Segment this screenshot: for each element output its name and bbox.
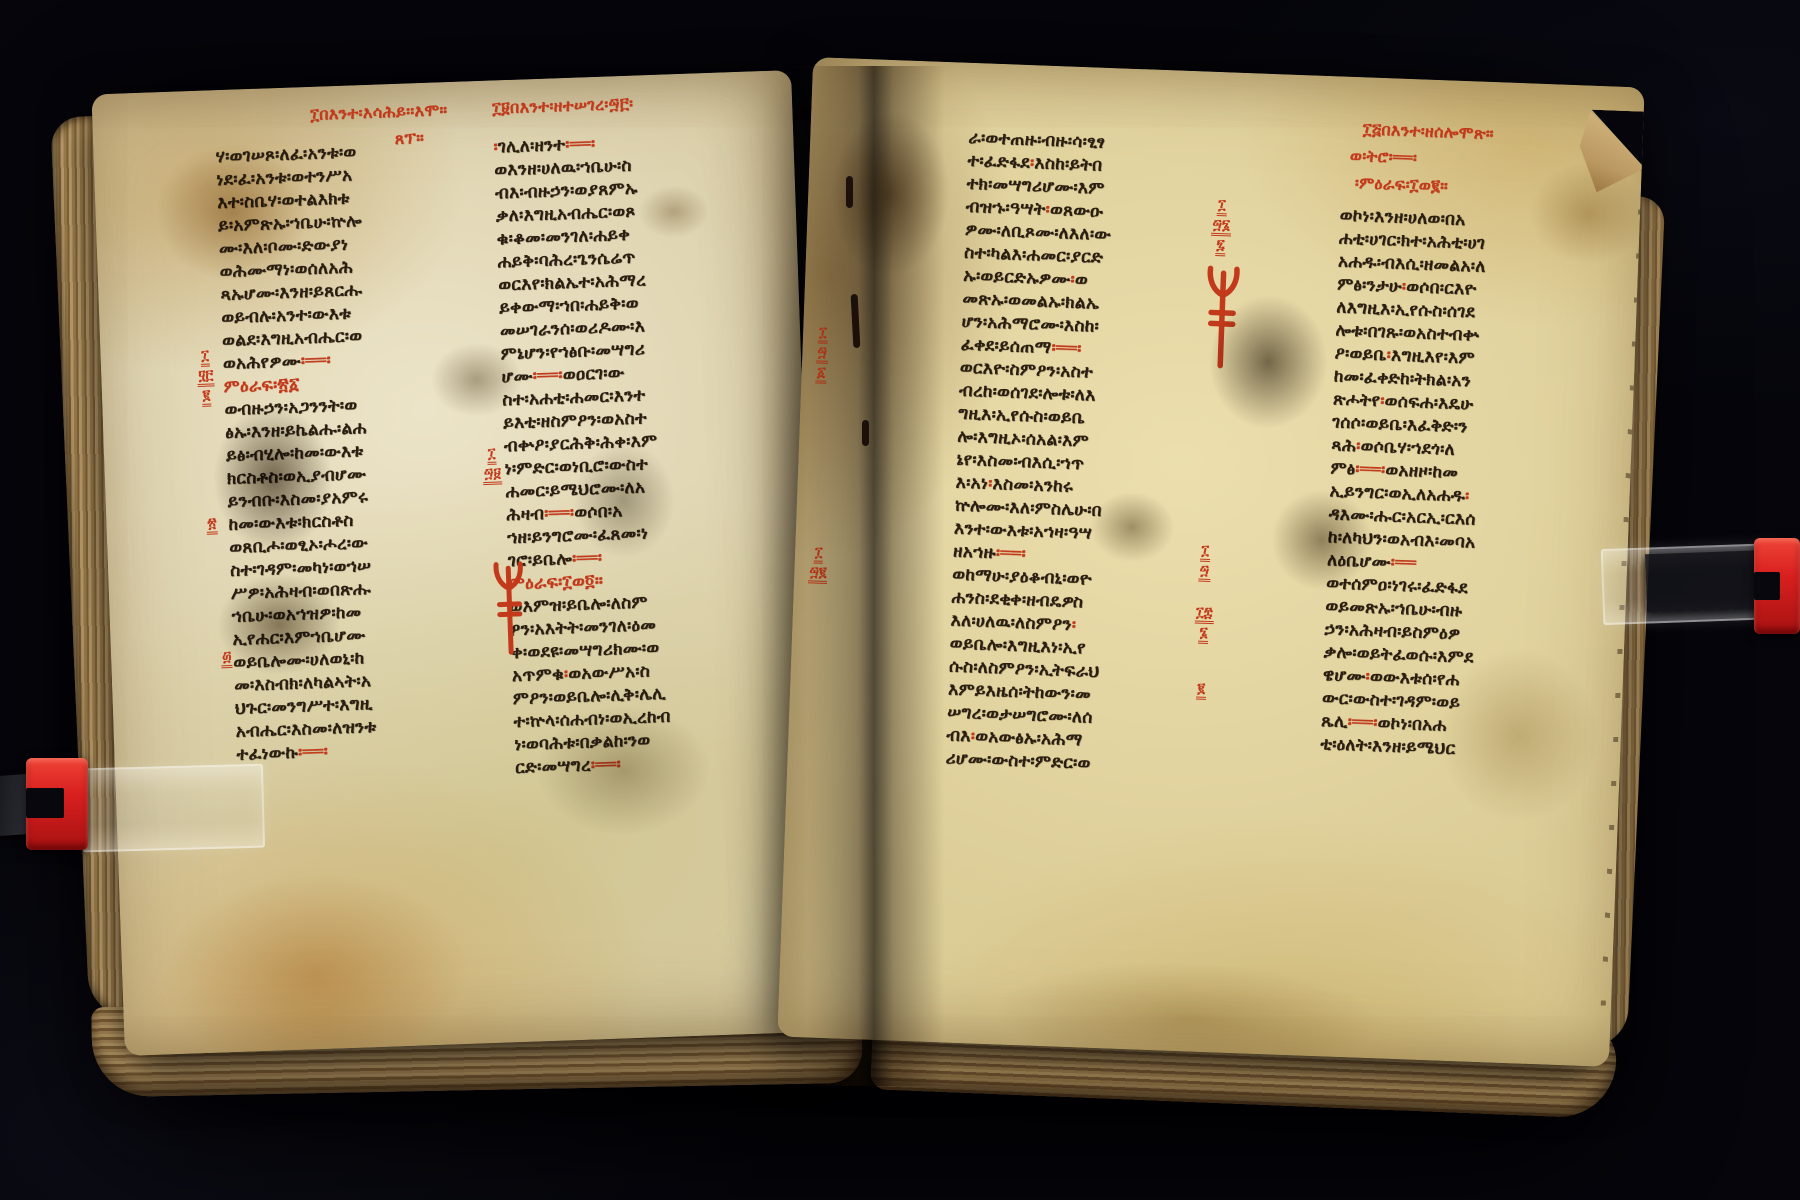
margin-mark-numeral: ፪ (1196, 682, 1206, 700)
margin-mark-numeral: ፵፪ (808, 565, 828, 584)
rubric-red-text: ፡ (564, 664, 569, 684)
rubric-red-text: ፡══፡ (1355, 459, 1386, 480)
rubric-red-text: ፡══፡ (532, 365, 563, 386)
clamp-notch (26, 788, 64, 818)
margin-mark-numeral: ፪ (201, 389, 211, 407)
rubric-red-text: ፡ (988, 474, 993, 494)
stain (806, 81, 974, 307)
text-line: ፡ምዕራፍ፡፲ወ፪። (1349, 169, 1493, 201)
margin-chapter-mark: ፲፶፫፪ (196, 348, 215, 407)
margin-chapter-mark: ፴ (221, 650, 233, 668)
red-cross-ornament (1200, 262, 1244, 377)
left-clip-red-clamp[interactable] (26, 758, 88, 850)
margin-chapter-mark: ፲፵፱ (482, 446, 502, 485)
rubric-red-text: ፡══፡ (1051, 338, 1082, 359)
rubric-red-text: ፲፭በእንተ፡ዘሰሎሞጽ። (1363, 119, 1495, 143)
stain (106, 832, 525, 1056)
rubric-red-text: ፡ (1465, 486, 1470, 506)
margin-mark-numeral: ፲ (1200, 544, 1210, 562)
rubric-red-text: ፡ምዕራፍ፡፲ወ፪። (1355, 173, 1449, 195)
margin-chapter-mark: ፪ (1196, 682, 1206, 700)
rubric-red-text: ፡ (1380, 391, 1385, 411)
rubric-red-text: ፡ (1071, 615, 1076, 635)
rubric-red-text: ፡ (1070, 270, 1075, 290)
left-page-column-1: ሃ፡ወገሠጾ፡ለፈ፡አንቱ፡ወነደ፡ፈ፡አንቱ፡ወተንሥአእተ፡ስቤሃ፡ወተልእ… (215, 137, 511, 767)
margin-mark-numeral: ፮ (1198, 626, 1209, 644)
rubric-red-text: ምዕራፍ፡፳፩ (223, 374, 300, 397)
clamp-notch (1754, 572, 1780, 600)
margin-mark-numeral: ፳ (206, 516, 218, 534)
rubric-red-text: ፡ (1402, 277, 1407, 297)
folded-page-corner (1577, 109, 1645, 195)
text-line: ፲፱በእንተ፡ዘተሠገረ፡፵፫፡ (492, 90, 634, 122)
rubric-red-text: ፡══ (1390, 553, 1416, 574)
right-page-column-2: ወኮነ፡እንዘ፡ሀለወ፡በአሐቲ፡ሀገር፡ክተ፡አሕቲ፡ሀገአሐዱ፡ብእሲ፡ዘመ… (1320, 204, 1632, 766)
left-page-column-2: ፡ገሊለ፡ዘንተ፡══፡ወእንዘ፡ሀለዉ፡ኀቤሁ፡ስብእ፡ብዙኃን፡ወያጸምኡቃ… (493, 126, 803, 780)
margin-mark-numeral: ፲ (487, 447, 497, 465)
text-line: ፲በእንተ፡እሳሕይ፡፡እሞ። (310, 96, 448, 128)
rubric-red-text: ፡══፡ (591, 754, 622, 775)
rubric-red-text: ፡ (493, 137, 498, 157)
red-cross-ornament (490, 558, 530, 663)
rubric-red-text: ፡ (1045, 200, 1050, 220)
rubric-red-text: ፡ (1365, 667, 1370, 687)
margin-chapter-mark: ፲፵፪ (808, 545, 829, 584)
rubric-red-text: ፡══፡ (572, 548, 603, 569)
margin-chapter-mark: ፳ (206, 516, 218, 534)
margin-chapter-mark: ፲፰፮ (1194, 605, 1214, 644)
rubric-red-text: ፡ትሮ፡══፡ (1362, 146, 1417, 167)
rubric-red-text: ፡══፡ (996, 543, 1027, 564)
margin-mark-numeral: ፲ (200, 349, 210, 367)
rubric-red-text: ፡══፡ (1347, 712, 1378, 733)
right-page: ፲፭በእንተ፡ዘሰሎሞጽ።ወ፡ትሮ፡══፡ ፡ምዕራፍ፡፲ወ፪። ራ፡ወተጠዙ፡… (777, 57, 1644, 1067)
margin-mark-numeral: ፩ (816, 365, 827, 383)
margin-mark-numeral: ፲ (814, 545, 824, 563)
rubric-red-text: ፡══፡ (301, 350, 332, 371)
margin-mark-numeral: ፵ (1198, 564, 1210, 582)
margin-mark-numeral: ፴ (221, 650, 233, 668)
rubric-red-text: ፲በእንተ፡እሳሕይ፡፡እሞ። (310, 100, 448, 124)
margin-chapter-mark: ፲፵፮፯ (1210, 198, 1232, 257)
margin-mark-numeral: ፵፱ (483, 466, 503, 485)
rubric-red-text: ፡══፡ (565, 134, 596, 155)
rubric-red-text: ፡ (1356, 436, 1361, 456)
margin-mark-numeral: ፵ (816, 345, 828, 363)
rubric-red-text: ፲፱በእንተ፡ዘተሠገረ፡፵፫፡ (492, 94, 634, 118)
margin-chapter-mark: ፲፵፩ (815, 325, 829, 383)
margin-mark-numeral: ፲ (1217, 198, 1227, 216)
rubric-red-text: ፡ (1386, 345, 1391, 365)
rubric-red-text: ፡══፡ (544, 503, 575, 524)
left-clip-clear-strip[interactable] (81, 764, 265, 853)
rubric-red-text: ፡ (1030, 153, 1035, 173)
right-clip-red-clamp[interactable] (1754, 538, 1800, 634)
rubric-red-text: ፡ (970, 726, 975, 746)
margin-mark-numeral: ፲፰ (1195, 605, 1214, 624)
margin-mark-numeral: ፵፮ (1211, 218, 1231, 237)
left-page: ፲በእንተ፡እሳሕይ፡፡እሞ። ጸፕ። ፲፱በእንተ፡ዘተሠገረ፡፵፫፡ ሃ፡ወ… (91, 70, 824, 1056)
rubric-red-text: ፡══፡ (298, 742, 329, 763)
margin-chapter-mark: ፲፵ (1198, 544, 1211, 582)
right-page-column2-header: ፲፭በእንተ፡ዘሰሎሞጽ።ወ፡ትሮ፡══፡ ፡ምዕራፍ፡፲ወ፪። (1349, 115, 1495, 201)
margin-mark-numeral: ፲ (818, 325, 828, 343)
left-page-column2-header: ፲፱በእንተ፡ዘተሠገረ፡፵፫፡ (492, 90, 634, 122)
margin-mark-numeral: ፶፫ (197, 368, 215, 387)
margin-mark-numeral: ፯ (1215, 238, 1226, 256)
